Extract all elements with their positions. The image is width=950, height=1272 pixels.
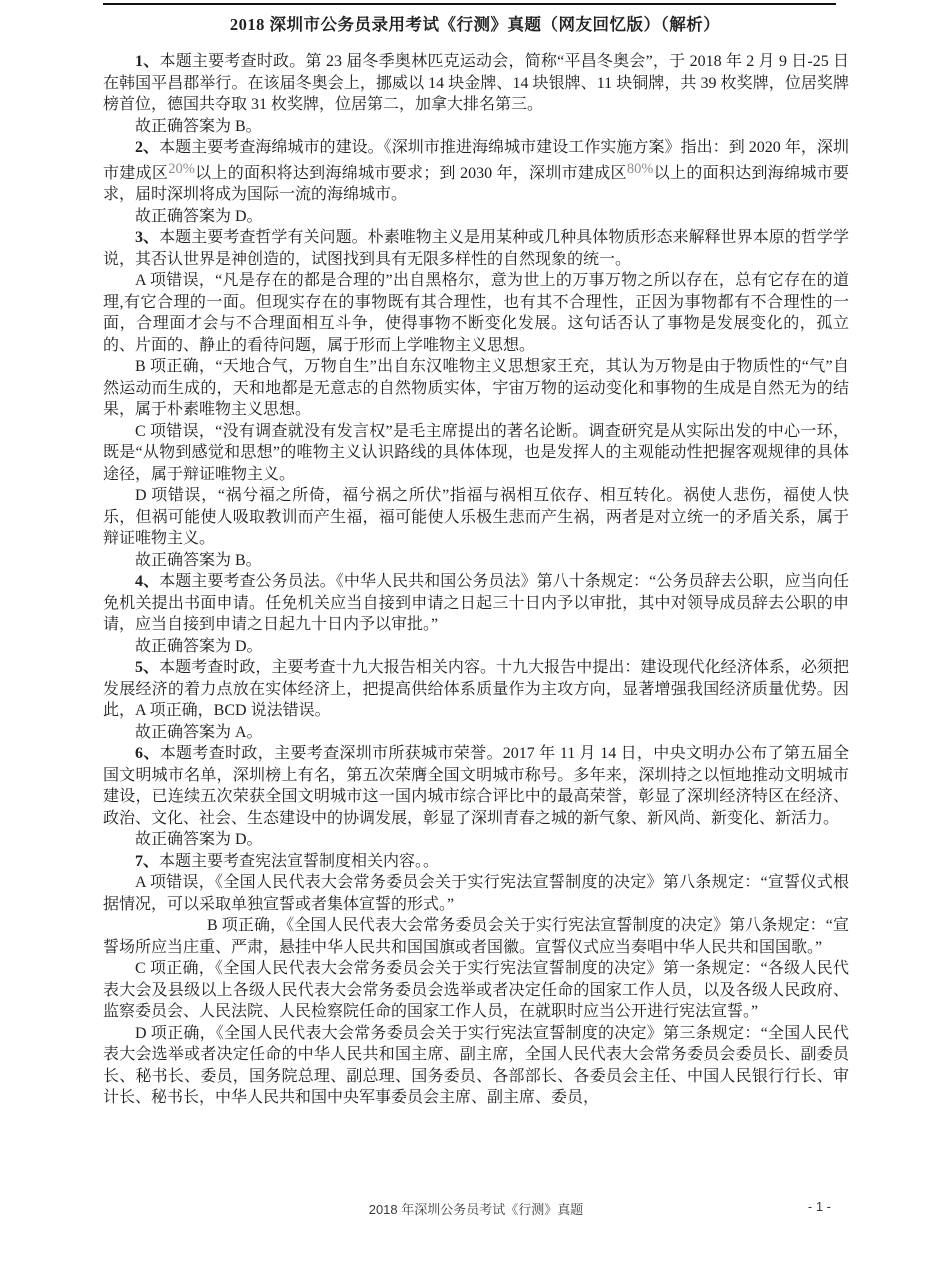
paragraph-text: C 项错误，“没有调查就没有发言权”是毛主席提出的著名论断。调查研究是从实际出发… xyxy=(103,423,849,483)
question-number: 2、 xyxy=(135,139,159,156)
paragraph-text: B 项正确，《全国人民代表大会常务委员会关于实行宪法宣誓制度的决定》第八条规定：… xyxy=(103,917,849,956)
option-c-paragraph: C 项错误，“没有调查就没有发言权”是毛主席提出的著名论断。调查研究是从实际出发… xyxy=(103,421,849,486)
question-6-paragraph: 6、本题考查时政，主要考查深圳市所获城市荣誉。2017 年 11 月 14 日，… xyxy=(103,743,849,829)
question-number: 3、 xyxy=(135,229,159,246)
question-5-paragraph: 5、本题考查时政，主要考查十九大报告相关内容。十九大报告中提出：建设现代化经济体… xyxy=(103,657,849,722)
question-4-paragraph: 4、本题主要考查公务员法。《中华人民共和国公务员法》第八十条规定：“公务员辞去公… xyxy=(103,571,849,636)
question-number: 1、 xyxy=(135,53,159,70)
question-number: 7、 xyxy=(135,853,159,870)
paragraph-text: 故正确答案为 B。 xyxy=(135,118,262,135)
paragraph-text: 本题主要考查公务员法。《中华人民共和国公务员法》第八十条规定：“公务员辞去公职，… xyxy=(103,573,849,633)
document-body: 1、本题主要考查时政。第 23 届冬季奥林匹克运动会，简称“平昌冬奥会”，于 2… xyxy=(103,51,849,1109)
paragraph-text: D 项正确，《全国人民代表大会常务委员会关于实行宪法宣誓制度的决定》第三条规定：… xyxy=(103,1025,849,1107)
paragraph-text: 本题主要考查哲学有关问题。朴素唯物主义是用某种或几种具体物质形态来解释世界本原的… xyxy=(103,229,849,268)
answer-paragraph: 故正确答案为 A。 xyxy=(103,722,849,744)
answer-paragraph: 故正确答案为 D。 xyxy=(103,829,849,851)
document-page: 2018 深圳市公务员录用考试《行测》真题（网友回忆版）（解析） 1、本题主要考… xyxy=(0,0,950,1272)
answer-paragraph: 故正确答案为 D。 xyxy=(103,636,849,658)
question-2-paragraph: 2、本题主要考查海绵城市的建设。《深圳市推进海绵城市建设工作实施方案》指出：到 … xyxy=(103,137,849,206)
question-number: 5、 xyxy=(135,659,159,676)
answer-paragraph: 故正确答案为 B。 xyxy=(103,550,849,572)
option-c-paragraph: C 项正确，《全国人民代表大会常务委员会关于实行宪法宣誓制度的决定》第一条规定：… xyxy=(103,958,849,1023)
paragraph-text: 以上的面积将达到海绵城市要求；到 2030 年，深圳市建成区 xyxy=(195,165,627,182)
paragraph-text: 本题主要考查宪法宣誓制度相关内容。。 xyxy=(159,853,439,870)
paragraph-text: 故正确答案为 D。 xyxy=(135,208,263,225)
paragraph-text: A 项错误，《全国人民代表大会常务委员会关于实行宪法宣誓制度的决定》第八条规定：… xyxy=(103,874,849,913)
percent-superscript: 20% xyxy=(168,161,195,177)
page-number: - 1 - xyxy=(808,1199,831,1214)
paragraph-text: 本题考查时政，主要考查十九大报告相关内容。十九大报告中提出：建设现代化经济体系，… xyxy=(103,659,849,719)
question-7-paragraph: 7、本题主要考查宪法宣誓制度相关内容。。 xyxy=(103,851,849,873)
page-footer: 2018 年深圳公务员考试《行测》真题 - 1 - xyxy=(103,1199,849,1218)
paragraph-text: 故正确答案为 A。 xyxy=(135,724,263,741)
question-1-paragraph: 1、本题主要考查时政。第 23 届冬季奥林匹克运动会，简称“平昌冬奥会”，于 2… xyxy=(103,51,849,116)
paragraph-text: A 项错误，“凡是存在的都是合理的”出自黑格尔，意为世上的万事万物之所以存在，总… xyxy=(103,272,849,354)
option-b-paragraph: B 项正确，“天地合气，万物自生”出自东汉唯物主义思想家王充，其认为万物是由于物… xyxy=(103,356,849,421)
header-rule xyxy=(103,3,836,5)
paragraph-text: 故正确答案为 D。 xyxy=(135,638,263,655)
answer-paragraph: 故正确答案为 B。 xyxy=(103,116,849,138)
option-a-paragraph: A 项错误，《全国人民代表大会常务委员会关于实行宪法宣誓制度的决定》第八条规定：… xyxy=(103,872,849,915)
paragraph-text: 本题主要考查时政。第 23 届冬季奥林匹克运动会，简称“平昌冬奥会”，于 201… xyxy=(103,53,849,113)
option-d-paragraph: D 项正确，《全国人民代表大会常务委员会关于实行宪法宣誓制度的决定》第三条规定：… xyxy=(103,1023,849,1109)
paragraph-text: 故正确答案为 D。 xyxy=(135,831,263,848)
option-b-paragraph: B 项正确，《全国人民代表大会常务委员会关于实行宪法宣誓制度的决定》第八条规定：… xyxy=(103,915,849,958)
paragraph-text: 本题考查时政，主要考查深圳市所获城市荣誉。2017 年 11 月 14 日，中央… xyxy=(103,745,849,827)
paragraph-text: C 项正确，《全国人民代表大会常务委员会关于实行宪法宣誓制度的决定》第一条规定：… xyxy=(103,960,849,1020)
paragraph-text: 故正确答案为 B。 xyxy=(135,552,262,569)
paragraph-text: D 项错误，“祸兮福之所倚，福兮祸之所伏”指福与祸相互依存、相互转化。祸使人悲伤… xyxy=(103,487,849,547)
question-3-paragraph: 3、本题主要考查哲学有关问题。朴素唯物主义是用某种或几种具体物质形态来解释世界本… xyxy=(103,227,849,270)
paragraph-text: B 项正确，“天地合气，万物自生”出自东汉唯物主义思想家王充，其认为万物是由于物… xyxy=(103,358,849,418)
question-number: 6、 xyxy=(135,745,160,762)
percent-superscript: 80% xyxy=(627,161,654,177)
answer-paragraph: 故正确答案为 D。 xyxy=(103,206,849,228)
footer-title: 2018 年深圳公务员考试《行测》真题 xyxy=(369,1202,584,1217)
option-d-paragraph: D 项错误，“祸兮福之所倚，福兮祸之所伏”指福与祸相互依存、相互转化。祸使人悲伤… xyxy=(103,485,849,550)
document-title: 2018 深圳市公务员录用考试《行测》真题（网友回忆版）（解析） xyxy=(0,11,950,35)
question-number: 4、 xyxy=(135,573,159,590)
option-a-paragraph: A 项错误，“凡是存在的都是合理的”出自黑格尔，意为世上的万事万物之所以存在，总… xyxy=(103,270,849,356)
